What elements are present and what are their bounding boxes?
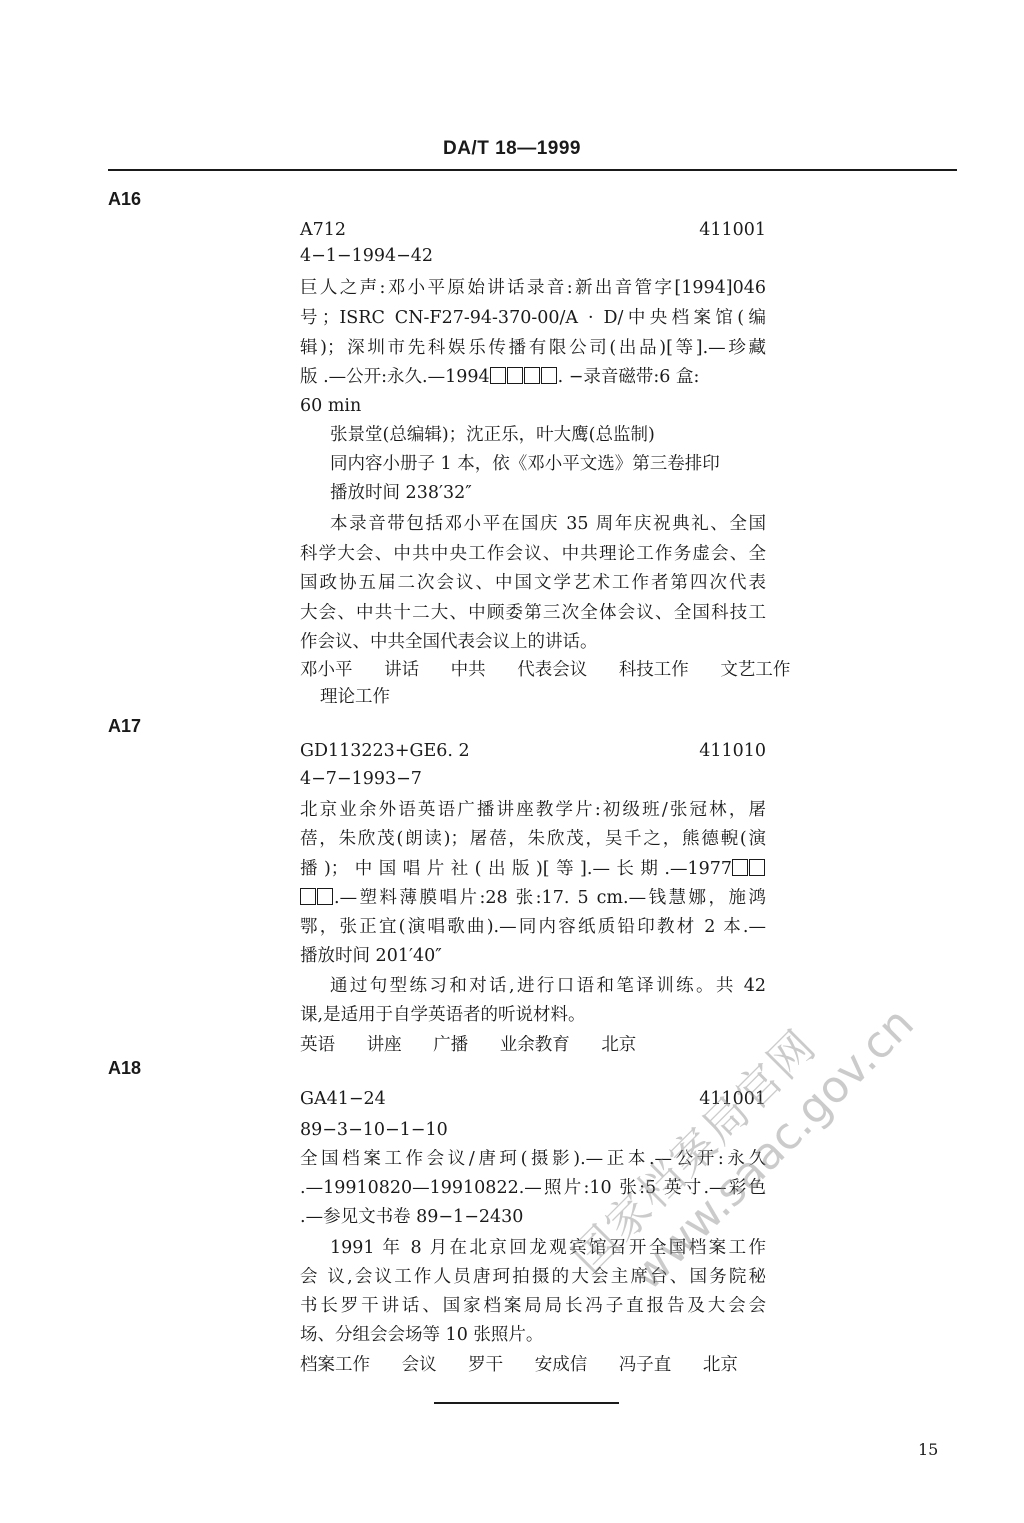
archive-code: 411001 [699,220,766,240]
reference-number: 4−1−1994−42 [300,243,766,270]
description-line: .—19910820—19910822.—照片:10 张:5 英寸.—彩色 [300,1175,766,1202]
abstract-line: 本录音带包括邓小平在国庆 35 周年庆祝典礼、全国 [330,511,766,538]
keyword: 北京 [703,1355,738,1375]
keyword: 罗干 [468,1355,503,1375]
abstract-line: 课,是适用于自学英语者的听说材料。 [300,1002,766,1029]
reference-number: 4−7−1993−7 [300,766,766,793]
keyword: 冯子直 [619,1355,672,1375]
description-line: .—参见文书卷 89−1−2430 [300,1204,766,1231]
description-line: 蓓，朱欣茂(朗读)；屠蓓，朱欣茂，吴千之，熊德輗(演 [300,826,766,853]
abstract-line: 作会议、中共全国代表会议上的讲话。 [300,629,766,656]
keywords: 英语 讲座 广播 业余教育 北京 [300,1031,662,1056]
keyword: 科技工作 [619,660,689,680]
keyword: 文艺工作 [720,660,790,680]
description-line: 号；ISRC CN-F27-94-370-00/A · D/中央档案馆(编 [300,305,766,332]
keyword: 广播 [433,1035,468,1055]
keyword: 业余教育 [500,1035,570,1055]
description-line: 辑)；深圳市先科娱乐传播有限公司(出品)[等].—珍藏 [300,335,766,362]
reference-number: 89−3−10−1−10 [300,1117,766,1144]
entry-label: A18 [108,1058,141,1079]
abstract-line: 通过句型练习和对话,进行口语和笔译训练。共 42 [330,973,766,1000]
entry-code-row: GD113223+GE6. 2 411010 [300,741,766,761]
note-line: 同内容小册子 1 本，依《邓小平文选》第三卷排印 [330,451,766,478]
keyword: 代表会议 [517,660,587,680]
abstract-line: 国政协五届二次会议、中国文学艺术工作者第四次代表 [300,570,766,597]
description-line: 北京业余外语英语广播讲座教学片:初级班/张冠林，屠 [300,797,766,824]
keyword: 理论工作 [320,683,390,708]
note-line: 张景堂(总编辑)；沈正乐，叶大鹰(总监制) [330,422,766,449]
description-line: 鄂，张正宜(演唱歌曲).—同内容纸质铅印教材 2 本.— [300,914,766,941]
keyword: 英语 [300,1035,335,1055]
classification-code: GD113223+GE6. 2 [300,741,470,761]
entry-label: A16 [108,189,141,210]
entry-code-row: GA41−24 411001 [300,1089,766,1109]
description-line: 巨人之声:邓小平原始讲话录音:新出音管字[1994]046 [300,275,766,302]
classification-code: A712 [300,220,346,240]
keyword: 中共 [451,660,486,680]
note-line: 播放时间 238′32″ [330,480,766,507]
abstract-line: 书长罗干讲话、国家档案局局长冯子直报告及大会会 [300,1293,766,1320]
description-line: 播放时间 201′40″ [300,943,766,970]
keyword: 安成信 [535,1355,588,1375]
classification-code: GA41−24 [300,1089,386,1109]
keywords: 档案工作 会议 罗干 安成信 冯子直 北京 [300,1351,764,1376]
description-line: 全国档案工作会议/唐珂(摄影).—正本.—公开:永久 [300,1146,766,1173]
header-rule [108,169,957,171]
document-header-title: DA/T 18—1999 [0,138,1024,160]
entry-label: A17 [108,716,141,737]
keyword: 邓小平 [300,660,353,680]
abstract-line: 科学大会、中共中央工作会议、中共理论工作务虚会、全 [300,541,766,568]
entry-code-row: A712 411001 [300,220,766,240]
abstract-line: 会 议,会议工作人员唐珂拍摄的大会主席台、国务院秘 [300,1264,766,1291]
archive-code: 411001 [699,1089,766,1109]
keyword: 北京 [601,1035,636,1055]
description-line: .—塑料薄膜唱片:28 张:17. 5 cm.—钱慧娜，施鸿 [300,885,766,912]
keyword: 讲话 [384,660,419,680]
keywords: 邓小平 讲话 中共 代表会议 科技工作 文艺工作 [300,656,790,681]
keyword: 档案工作 [300,1355,370,1375]
description-line: 版 .—公开:永久.—1994. −录音磁带:6 盒: [300,364,766,391]
description-line: 60 min [300,393,766,420]
archive-code: 411010 [699,741,766,761]
abstract-line: 场、分组会会场等 10 张照片。 [300,1322,766,1349]
keyword: 讲座 [367,1035,402,1055]
abstract-line: 大会、中共十二大、中顾委第三次全体会议、全国科技工 [300,600,766,627]
keyword: 会议 [402,1355,437,1375]
description-line: 播)；中国唱片社(出版)[等].—长期.—1977 [300,856,766,883]
abstract-line: 1991 年 8 月在北京回龙观宾馆召开全国档案工作 [330,1235,766,1262]
page-number: 15 [918,1440,938,1459]
end-rule [434,1402,619,1404]
